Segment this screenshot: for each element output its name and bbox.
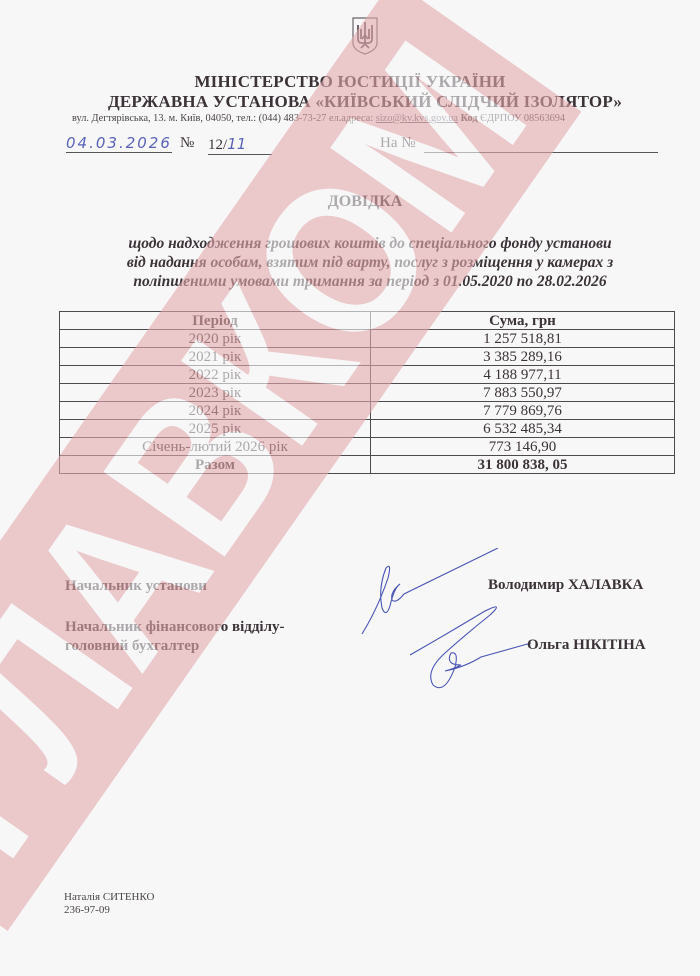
- period-cell: 2024 рік: [60, 402, 371, 420]
- document-page: МІНІСТЕРСТВО ЮСТИЦІЇ УКРАЇНИ ДЕРЖАВНА УС…: [0, 0, 700, 976]
- outgoing-number: 12/11: [208, 135, 272, 155]
- institution-name: ДЕРЖАВНА УСТАНОВА «КИЇВСЬКИЙ СЛІДЧИЙ ІЗО…: [0, 92, 700, 112]
- outgoing-number-handwritten: 11: [227, 135, 246, 153]
- document-subtitle: щодо надходження грошових коштів до спец…: [90, 234, 650, 291]
- table-row: Січень-лютий 2026 рік773 146,90: [60, 438, 675, 456]
- period-cell: 2025 рік: [60, 420, 371, 438]
- table-total-row: Разом31 800 838, 05: [60, 456, 675, 474]
- amount-cell: 7 883 550,97: [371, 384, 675, 402]
- subtitle-line: щодо надходження грошових коштів до спец…: [90, 234, 650, 253]
- signatory-position-accountant: Начальник фінансового відділу- головний …: [65, 618, 285, 656]
- amount-cell: 7 779 869,76: [371, 402, 675, 420]
- total-amount: 31 800 838, 05: [371, 456, 675, 474]
- incoming-number-blank: [424, 152, 658, 153]
- outgoing-number-label: №: [180, 135, 194, 152]
- amount-cell: 1 257 518,81: [371, 330, 675, 348]
- amount-cell: 773 146,90: [371, 438, 675, 456]
- period-cell: 2023 рік: [60, 384, 371, 402]
- signatory-position-head: Начальник установи: [65, 577, 207, 596]
- position-line: головний бухгалтер: [65, 637, 285, 656]
- institution-contacts: вул. Дегтярівська, 13. м. Київ, 04050, т…: [72, 113, 565, 124]
- executor-phone: 236-97-09: [64, 904, 155, 917]
- code-value: ЄДРПОУ 08563694: [478, 113, 565, 124]
- subtitle-line: поліпшеними умовами тримання за період з…: [90, 272, 650, 291]
- period-cell: 2020 рік: [60, 330, 371, 348]
- signatory-name-head: Володимир ХАЛАВКА: [488, 577, 643, 594]
- subtitle-line: від надання особам, взятим під варту, по…: [90, 253, 650, 272]
- table-row: 2020 рік1 257 518,81: [60, 330, 675, 348]
- column-header-amount: Сума, грн: [371, 312, 675, 330]
- column-header-period: Період: [60, 312, 371, 330]
- trident-coat-of-arms-icon: [352, 17, 378, 55]
- table-row: 2021 рік3 385 289,16: [60, 348, 675, 366]
- reference-row: 04.03.2026 № 12/11 На №: [62, 134, 662, 158]
- amount-cell: 6 532 485,34: [371, 420, 675, 438]
- email-link[interactable]: sizo@kv.kvs.gov.ua: [376, 113, 458, 124]
- code-label: Код: [458, 113, 478, 124]
- amount-cell: 3 385 289,16: [371, 348, 675, 366]
- table-row: 2023 рік7 883 550,97: [60, 384, 675, 402]
- amount-cell: 4 188 977,11: [371, 366, 675, 384]
- revenue-table: Період Сума, грн 2020 рік1 257 518,81 20…: [59, 311, 675, 474]
- outgoing-date: 04.03.2026: [66, 134, 172, 153]
- ministry-name: МІНІСТЕРСТВО ЮСТИЦІЇ УКРАЇНИ: [0, 72, 700, 92]
- address-text: вул. Дегтярівська, 13. м. Київ, 04050, т…: [72, 113, 376, 124]
- position-line: Начальник фінансового відділу-: [65, 618, 285, 637]
- outgoing-number-printed: 12/: [208, 137, 227, 153]
- executor-info: Наталія СИТЕНКО 236-97-09: [64, 891, 155, 917]
- signature-accountant-icon: [405, 605, 535, 695]
- executor-name: Наталія СИТЕНКО: [64, 891, 155, 904]
- period-cell: Січень-лютий 2026 рік: [60, 438, 371, 456]
- table-header-row: Період Сума, грн: [60, 312, 675, 330]
- signatory-name-accountant: Ольга НІКІТІНА: [527, 637, 646, 654]
- table-row: 2024 рік7 779 869,76: [60, 402, 675, 420]
- incoming-number-label: На №: [380, 135, 416, 152]
- period-cell: 2022 рік: [60, 366, 371, 384]
- total-label: Разом: [60, 456, 371, 474]
- table-row: 2025 рік6 532 485,34: [60, 420, 675, 438]
- document-title: ДОВІДКА: [0, 193, 700, 211]
- period-cell: 2021 рік: [60, 348, 371, 366]
- table-row: 2022 рік4 188 977,11: [60, 366, 675, 384]
